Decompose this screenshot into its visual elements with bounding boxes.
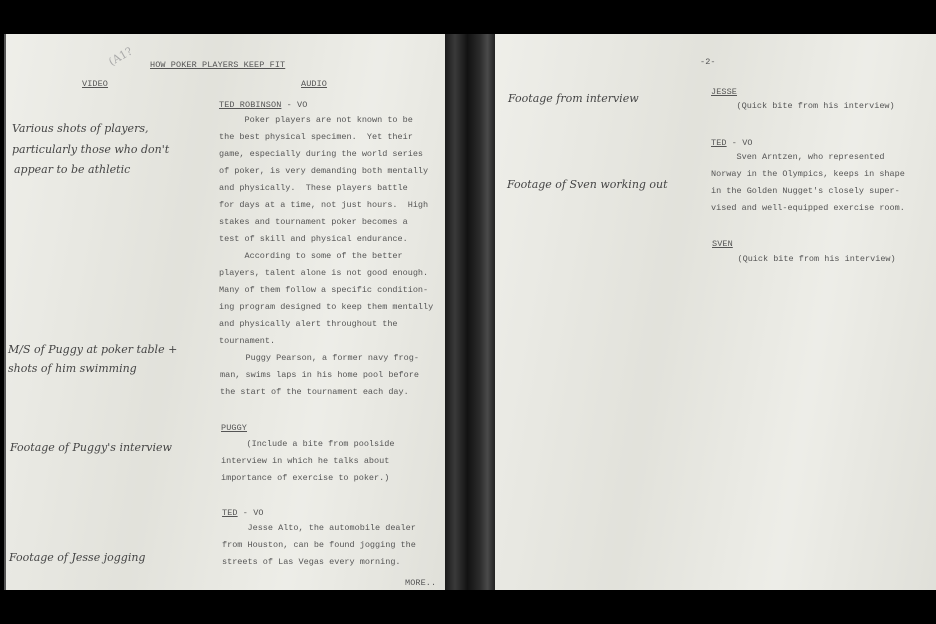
speaker-label: JESSE (711, 87, 737, 97)
video-note: Footage of Puggy's interview (10, 441, 172, 454)
speaker-label: TED - VO (222, 508, 264, 518)
more-continuation: MORE.. (405, 578, 436, 588)
video-note: shots of him swimming (8, 362, 137, 375)
audio-paragraph: Jesse Alto, the automobile dealerfrom Ho… (222, 520, 416, 571)
video-note: Various shots of players, (12, 122, 148, 135)
video-note: Footage from interview (508, 92, 639, 105)
speaker-label: TED ROBINSON - VO (219, 100, 307, 110)
audio-paragraph: (Quick bite from his interview) (712, 251, 896, 268)
page-number: -2- (700, 57, 716, 67)
audio-paragraph: Poker players are not known to bethe bes… (219, 112, 428, 248)
speaker-label: PUGGY (221, 423, 247, 433)
speaker-label: TED - VO (711, 138, 753, 148)
binder-spine (445, 34, 495, 590)
audio-paragraph: Sven Arntzen, who representedNorway in t… (711, 149, 905, 217)
video-note: particularly those who don't (12, 143, 169, 156)
video-column-header: VIDEO (82, 79, 108, 89)
speaker-label: SVEN (712, 239, 733, 249)
video-note: appear to be athletic (14, 163, 130, 176)
video-note: Footage of Sven working out (507, 178, 668, 191)
audio-paragraph: According to some of the betterplayers, … (219, 248, 433, 350)
video-note: Footage of Jesse jogging (9, 551, 145, 564)
audio-column-header: AUDIO (301, 79, 327, 89)
script-title: HOW POKER PLAYERS KEEP FIT (150, 60, 285, 70)
script-page-2 (495, 34, 936, 590)
video-note: M/S of Puggy at poker table + (8, 343, 177, 356)
audio-paragraph: Puggy Pearson, a former navy frog-man, s… (220, 350, 419, 401)
audio-paragraph: (Include a bite from poolsideinterview i… (221, 436, 394, 487)
audio-paragraph: (Quick bite from his interview) (711, 98, 895, 115)
